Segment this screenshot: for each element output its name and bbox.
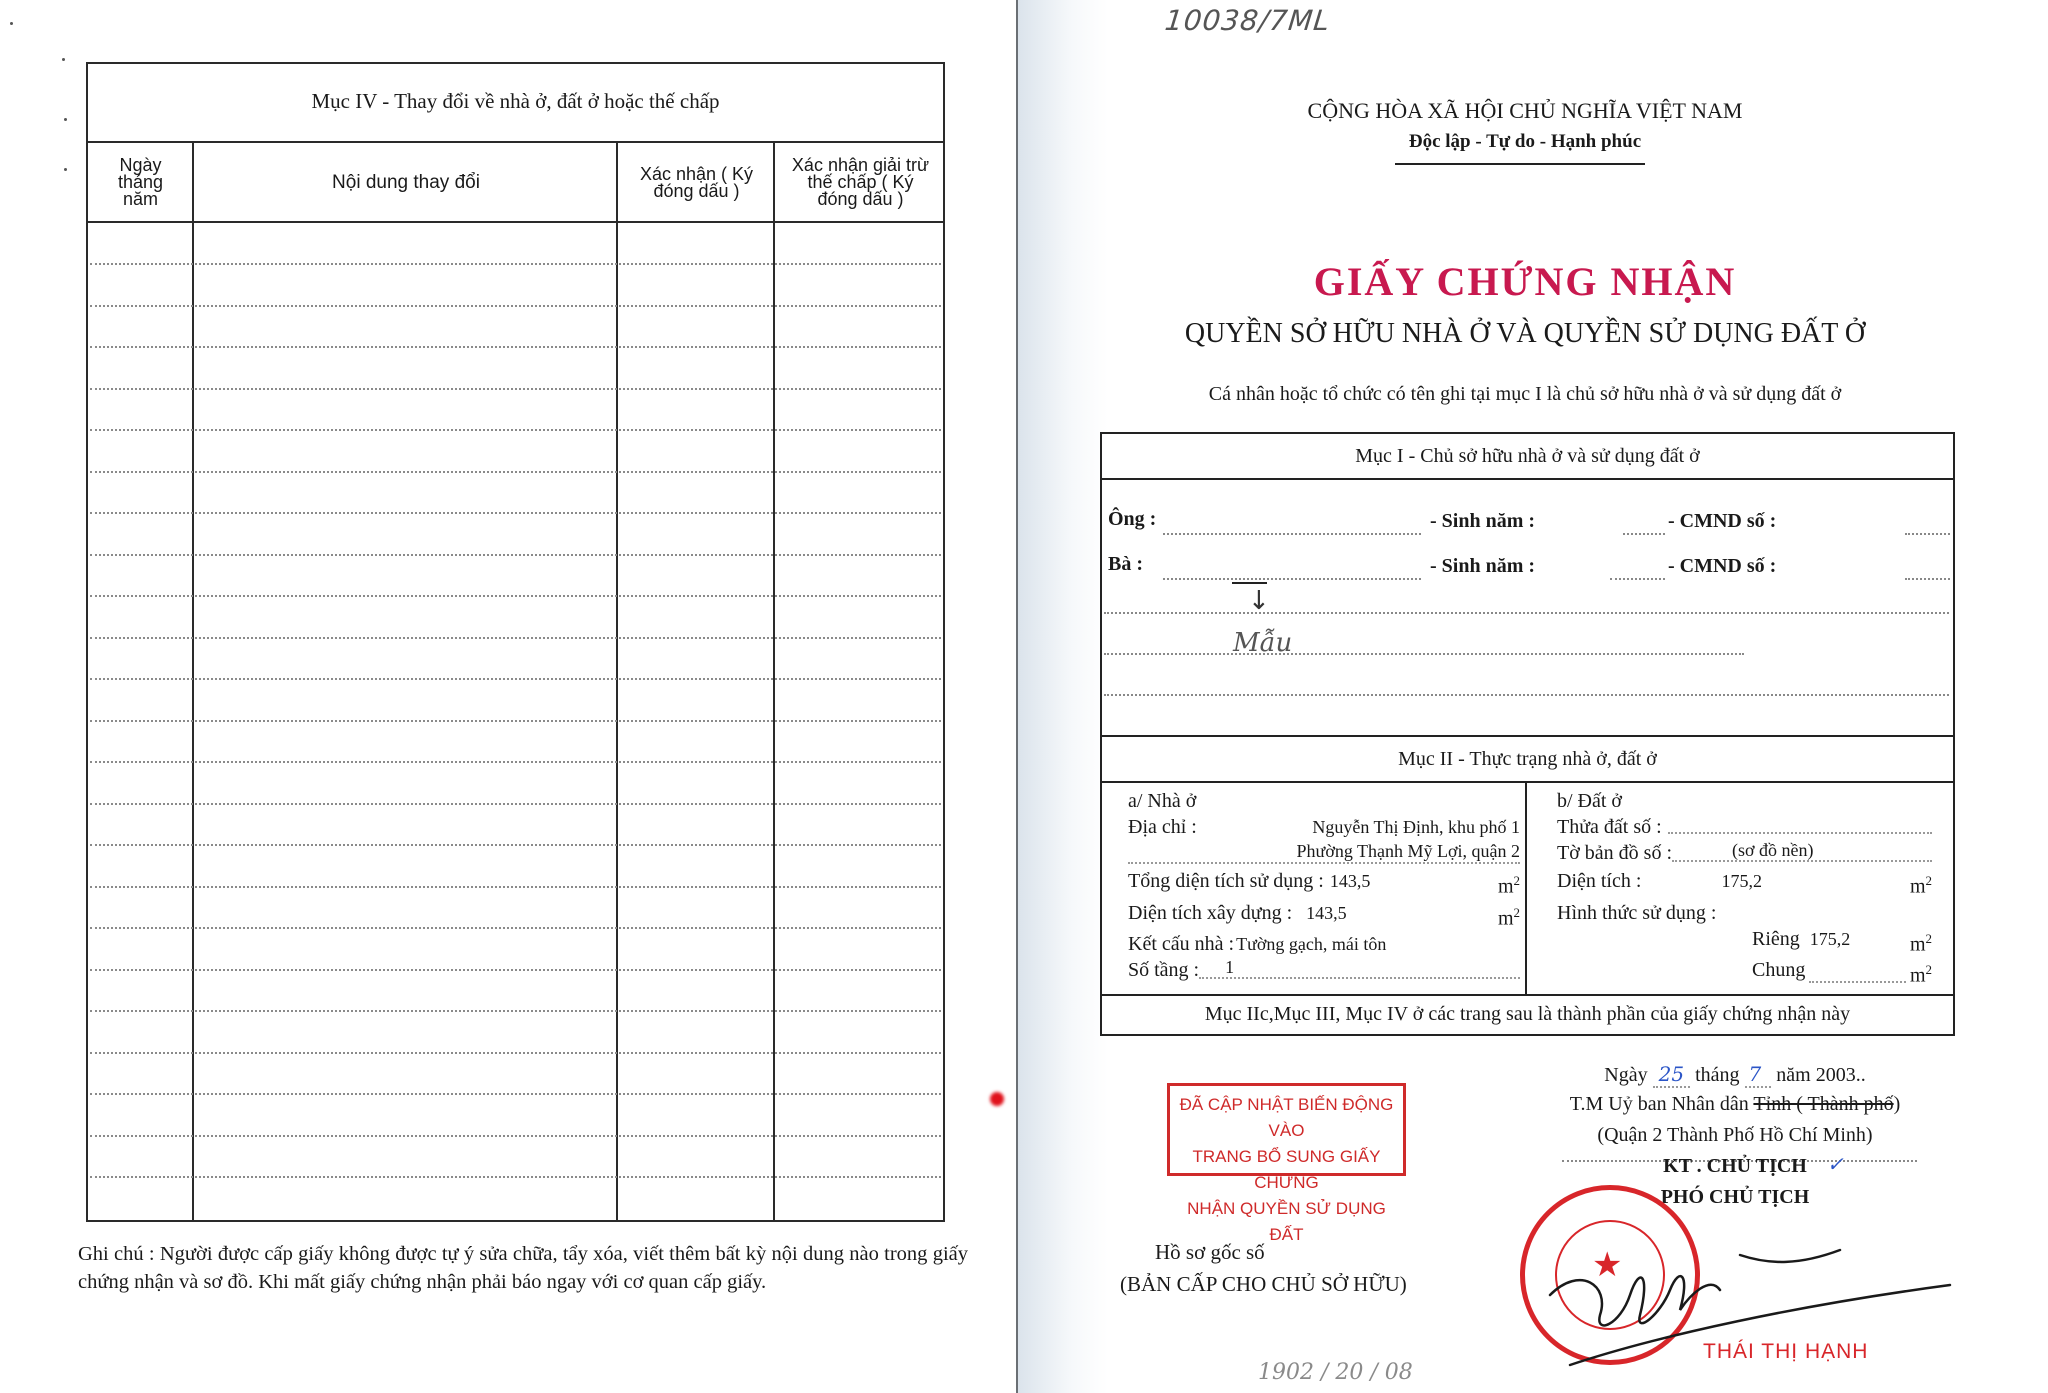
note-text: Ghi chú : Người được cấp giấy không được… (78, 1240, 968, 1296)
issue-date: Ngày 25 tháng 7 năm 2003.. (1525, 1062, 1945, 1087)
built-area-row: Diện tích xây dựng : 143,5 m2 (1128, 900, 1520, 932)
issuer-line2: (Quận 2 Thành Phố Hồ Chí Minh) (1525, 1124, 1945, 1147)
owner-male-id-field (1905, 533, 1950, 535)
owner-female-name-field (1163, 578, 1421, 580)
copy-for-owner-label: (BẢN CẤP CHO CHỦ SỞ HỮU) (1120, 1272, 1407, 1297)
section1-blank-line (1104, 612, 1949, 614)
table-row (90, 803, 941, 805)
structure-label: Kết cấu nhà : (1128, 931, 1234, 957)
speck (10, 22, 13, 25)
handwritten-mark (1232, 582, 1267, 584)
floors-label: Số tầng : (1128, 957, 1199, 984)
birth-year-label: - Sinh năm : (1430, 555, 1535, 578)
changes-table (86, 62, 945, 1222)
section2-title: Mục II - Thực trạng nhà ở, đất ở (1100, 748, 1955, 771)
table-row (90, 346, 941, 348)
owner-female-label: Bà : (1108, 553, 1143, 576)
house-details: a/ Nhà ở Địa chỉ : Nguyễn Thị Định, khu … (1128, 788, 1520, 984)
column-header-date: Ngày tháng năm (88, 143, 193, 222)
owner-male-label: Ông : (1108, 508, 1156, 531)
land-area-label: Diện tích : (1557, 868, 1641, 900)
house-heading: a/ Nhà ở (1128, 788, 1520, 814)
land-heading: b/ Đất ở (1557, 788, 1932, 814)
section1-divider (1100, 478, 1955, 480)
table-row (90, 678, 941, 680)
house-address-row: Địa chỉ : Nguyễn Thị Định, khu phố 1 (1128, 814, 1520, 840)
section2-divider (1100, 781, 1955, 783)
section1-blank-line (1104, 653, 1744, 655)
fold-shadow (1018, 0, 1108, 1393)
unit: m2 (1498, 868, 1520, 900)
land-area-row: Diện tích : 175,2 m2 (1557, 868, 1932, 900)
month-label: tháng (1695, 1064, 1739, 1086)
map-sheet-label: Tờ bản đồ số : (1557, 840, 1672, 868)
usage-label: Hình thức sử dụng : (1557, 900, 1932, 926)
day-label: Ngày (1604, 1064, 1647, 1086)
column-header-release: Xác nhận giải trừ thế chấp ( Ký đóng dấu… (776, 143, 945, 222)
handwritten-check: ✓ (1827, 1152, 1844, 1176)
original-file-number-label: Hồ sơ gốc số (1155, 1240, 1265, 1265)
private-label: Riêng (1752, 926, 1800, 958)
certificate-intro: Cá nhân hoặc tổ chức có tên ghi tại mục … (1100, 383, 1950, 406)
stamp-line: TRANG BỔ SUNG GIẤY CHỨNG (1170, 1144, 1403, 1196)
total-area-label: Tổng diện tích sử dụng : (1128, 868, 1324, 900)
speck (64, 118, 67, 121)
table-row (90, 927, 941, 929)
total-area-row: Tổng diện tích sử dụng : 143,5 m2 (1128, 868, 1520, 900)
section1-title: Mục I - Chủ sở hữu nhà ở và sử dụng đất … (1100, 445, 1955, 468)
unit: m2 (1910, 868, 1932, 900)
issuer-prefix: T.M Uỷ ban Nhân dân (1570, 1093, 1749, 1115)
floors-row: Số tầng : 1 (1128, 957, 1520, 984)
unit: m2 (1910, 957, 1932, 989)
built-area-value: 143,5 (1292, 900, 1498, 932)
year-label: năm (1776, 1064, 1810, 1086)
unit: m2 (1498, 900, 1520, 932)
certificate-title: GIẤY CHỨNG NHẬN (1100, 258, 1950, 305)
column-header-date-label: Ngày tháng năm (101, 157, 181, 208)
address-label: Địa chỉ : (1128, 814, 1197, 840)
certificate-subtitle: QUYỀN SỞ HỮU NHÀ Ở VÀ QUYỀN SỬ DỤNG ĐẤT … (1100, 318, 1950, 350)
section2-top-divider (1100, 735, 1955, 737)
owner-male-birth-field (1623, 533, 1665, 535)
column-header-confirm-label: Xác nhận ( Ký đóng dấu ) (637, 166, 757, 200)
motto: Độc lập - Tự do - Hạnh phúc (1100, 131, 1950, 153)
section1-blank-line (1104, 694, 1949, 696)
red-ink-spot (990, 1092, 1004, 1106)
plot-value (1668, 814, 1932, 834)
table-row (90, 595, 941, 597)
private-area-value: 175,2 (1800, 926, 1910, 958)
signer-name: THÁI THỊ HẠNH (1703, 1340, 1868, 1364)
plot-label: Thửa đất số : (1557, 814, 1662, 840)
role-title: KT . CHỦ TỊCH (1525, 1155, 1945, 1178)
map-sheet-row: Tờ bản đồ số : (sơ đồ nền) (1557, 840, 1932, 868)
column-header-release-label: Xác nhận giải trừ thế chấp ( Ký đóng dấu… (788, 157, 933, 208)
column-header-content-label: Nội dung thay đổi (332, 174, 480, 191)
unit: m2 (1910, 926, 1932, 958)
total-area-value: 143,5 (1324, 868, 1498, 900)
address-line1: Nguyễn Thị Định, khu phố 1 (1197, 814, 1520, 840)
owner-female-id-field (1905, 578, 1950, 580)
table-row (90, 844, 941, 846)
table-row (90, 471, 941, 473)
issuer-line1: T.M Uỷ ban Nhân dân Tỉnh ( Thành phố) (1510, 1093, 1960, 1116)
nation-heading: CỘNG HÒA XÃ HỘI CHỦ NGHĨA VIỆT NAM (1100, 98, 1950, 124)
table-row (90, 305, 941, 307)
table-row (90, 429, 941, 431)
structure-row: Kết cấu nhà : Tường gạch, mái tôn (1128, 931, 1520, 957)
plot-row: Thửa đất số : (1557, 814, 1932, 840)
speck (64, 168, 67, 171)
year-value: 2003 (1816, 1064, 1856, 1086)
table-row (90, 1176, 941, 1178)
owner-male-name-field (1163, 533, 1421, 535)
section2-column-divider (1525, 781, 1527, 994)
id-label: - CMND số : (1668, 555, 1776, 578)
built-area-label: Diện tích xây dựng : (1128, 900, 1292, 932)
stamp-line: ĐÃ CẬP NHẬT BIẾN ĐỘNG VÀO (1170, 1092, 1403, 1144)
table-row (90, 761, 941, 763)
speck (62, 58, 65, 61)
day-value: 25 (1653, 1062, 1690, 1088)
motto-underline (1395, 163, 1645, 165)
month-value: 7 (1745, 1062, 1772, 1088)
id-label: - CMND số : (1668, 510, 1776, 533)
floors-value: 1 (1199, 957, 1520, 979)
update-stamp: ĐÃ CẬP NHẬT BIẾN ĐỘNG VÀO TRANG BỔ SUNG … (1167, 1083, 1406, 1176)
shared-row: Chung m2 (1557, 957, 1932, 989)
table-row (90, 1010, 941, 1012)
changes-table-title: Mục IV - Thay đổi về nhà ở, đất ở hoặc t… (86, 62, 945, 143)
table-row (90, 720, 941, 722)
map-sheet-value: (sơ đồ nền) (1672, 840, 1932, 862)
handwritten-bottom-note: 1902 / 20 / 08 (1258, 1360, 1413, 1385)
issuer-suffix: ) (1894, 1093, 1901, 1115)
birth-year-label: - Sinh năm : (1430, 510, 1535, 533)
table-row (90, 969, 941, 971)
table-row (90, 886, 941, 888)
table-row (90, 554, 941, 556)
table-row (90, 512, 941, 514)
column-header-content: Nội dung thay đổi (195, 143, 617, 222)
land-area-value: 175,2 (1641, 868, 1910, 900)
issuer-struck-text: Tỉnh ( Thành phố (1753, 1093, 1893, 1115)
table-row (90, 388, 941, 390)
table-row (90, 637, 941, 639)
shared-area-value (1809, 957, 1906, 983)
header-divider (86, 221, 945, 223)
private-row: Riêng 175,2 m2 (1557, 926, 1932, 958)
table-row (90, 1052, 941, 1054)
table-row (90, 1135, 941, 1137)
shared-label: Chung (1752, 957, 1805, 989)
footer-divider (1100, 994, 1955, 996)
structure-value: Tường gạch, mái tôn (1234, 931, 1386, 957)
table-row (90, 263, 941, 265)
address-line2: Phường Thạnh Mỹ Lợi, quận 2 (1128, 840, 1520, 864)
handwritten-reference: 10038/7ML (1163, 4, 1332, 37)
land-details: b/ Đất ở Thửa đất số : Tờ bản đồ số : (s… (1557, 788, 1932, 989)
owner-female-birth-field (1610, 578, 1665, 580)
footer-note: Mục IIc,Mục III, Mục IV ở các trang sau … (1100, 1003, 1955, 1026)
table-row (90, 1093, 941, 1095)
column-header-confirm: Xác nhận ( Ký đóng dấu ) (619, 143, 774, 222)
